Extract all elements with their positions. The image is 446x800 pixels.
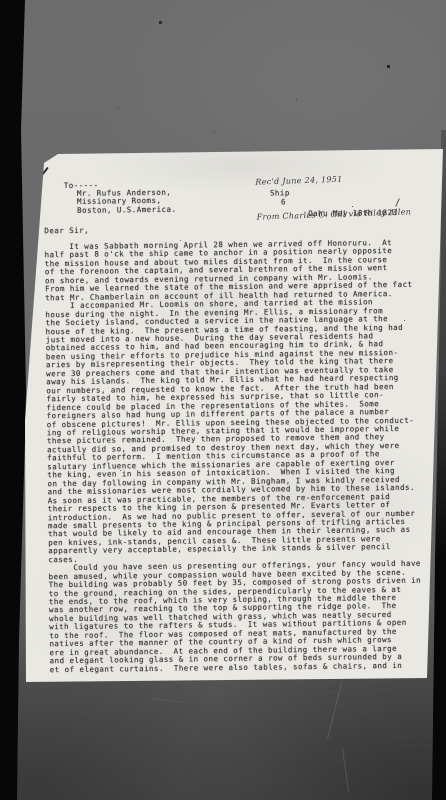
ship-label: Ship xyxy=(270,188,290,197)
recipient-address: Mr. Rufus Anderson,Missionary Rooms,Bost… xyxy=(77,189,177,215)
letter-body: It was Sabbath morning April 28 when we … xyxy=(45,239,430,675)
photograph-of-letter: Rec'd June 24, 1951 From Charles C. Gill… xyxy=(0,0,446,800)
recipient-line: Boston, U.S.America. xyxy=(77,205,176,215)
pen-mark xyxy=(34,182,38,189)
typed-letter: To----- Mr. Rufus Anderson,Missionary Ro… xyxy=(0,0,446,800)
salutation: Dear Sir, xyxy=(44,226,89,236)
scratch-mark xyxy=(342,748,349,792)
dateline: Oahu May 18th 1823 xyxy=(308,208,397,218)
scratch-mark xyxy=(150,698,190,703)
ship-number: 6 xyxy=(281,197,286,206)
letter-page: Rec'd June 24, 1951 From Charles C. Gill… xyxy=(0,0,446,800)
film-edge-left xyxy=(0,0,27,800)
scratch-mark xyxy=(327,683,342,740)
dust-specks xyxy=(0,0,1,1)
